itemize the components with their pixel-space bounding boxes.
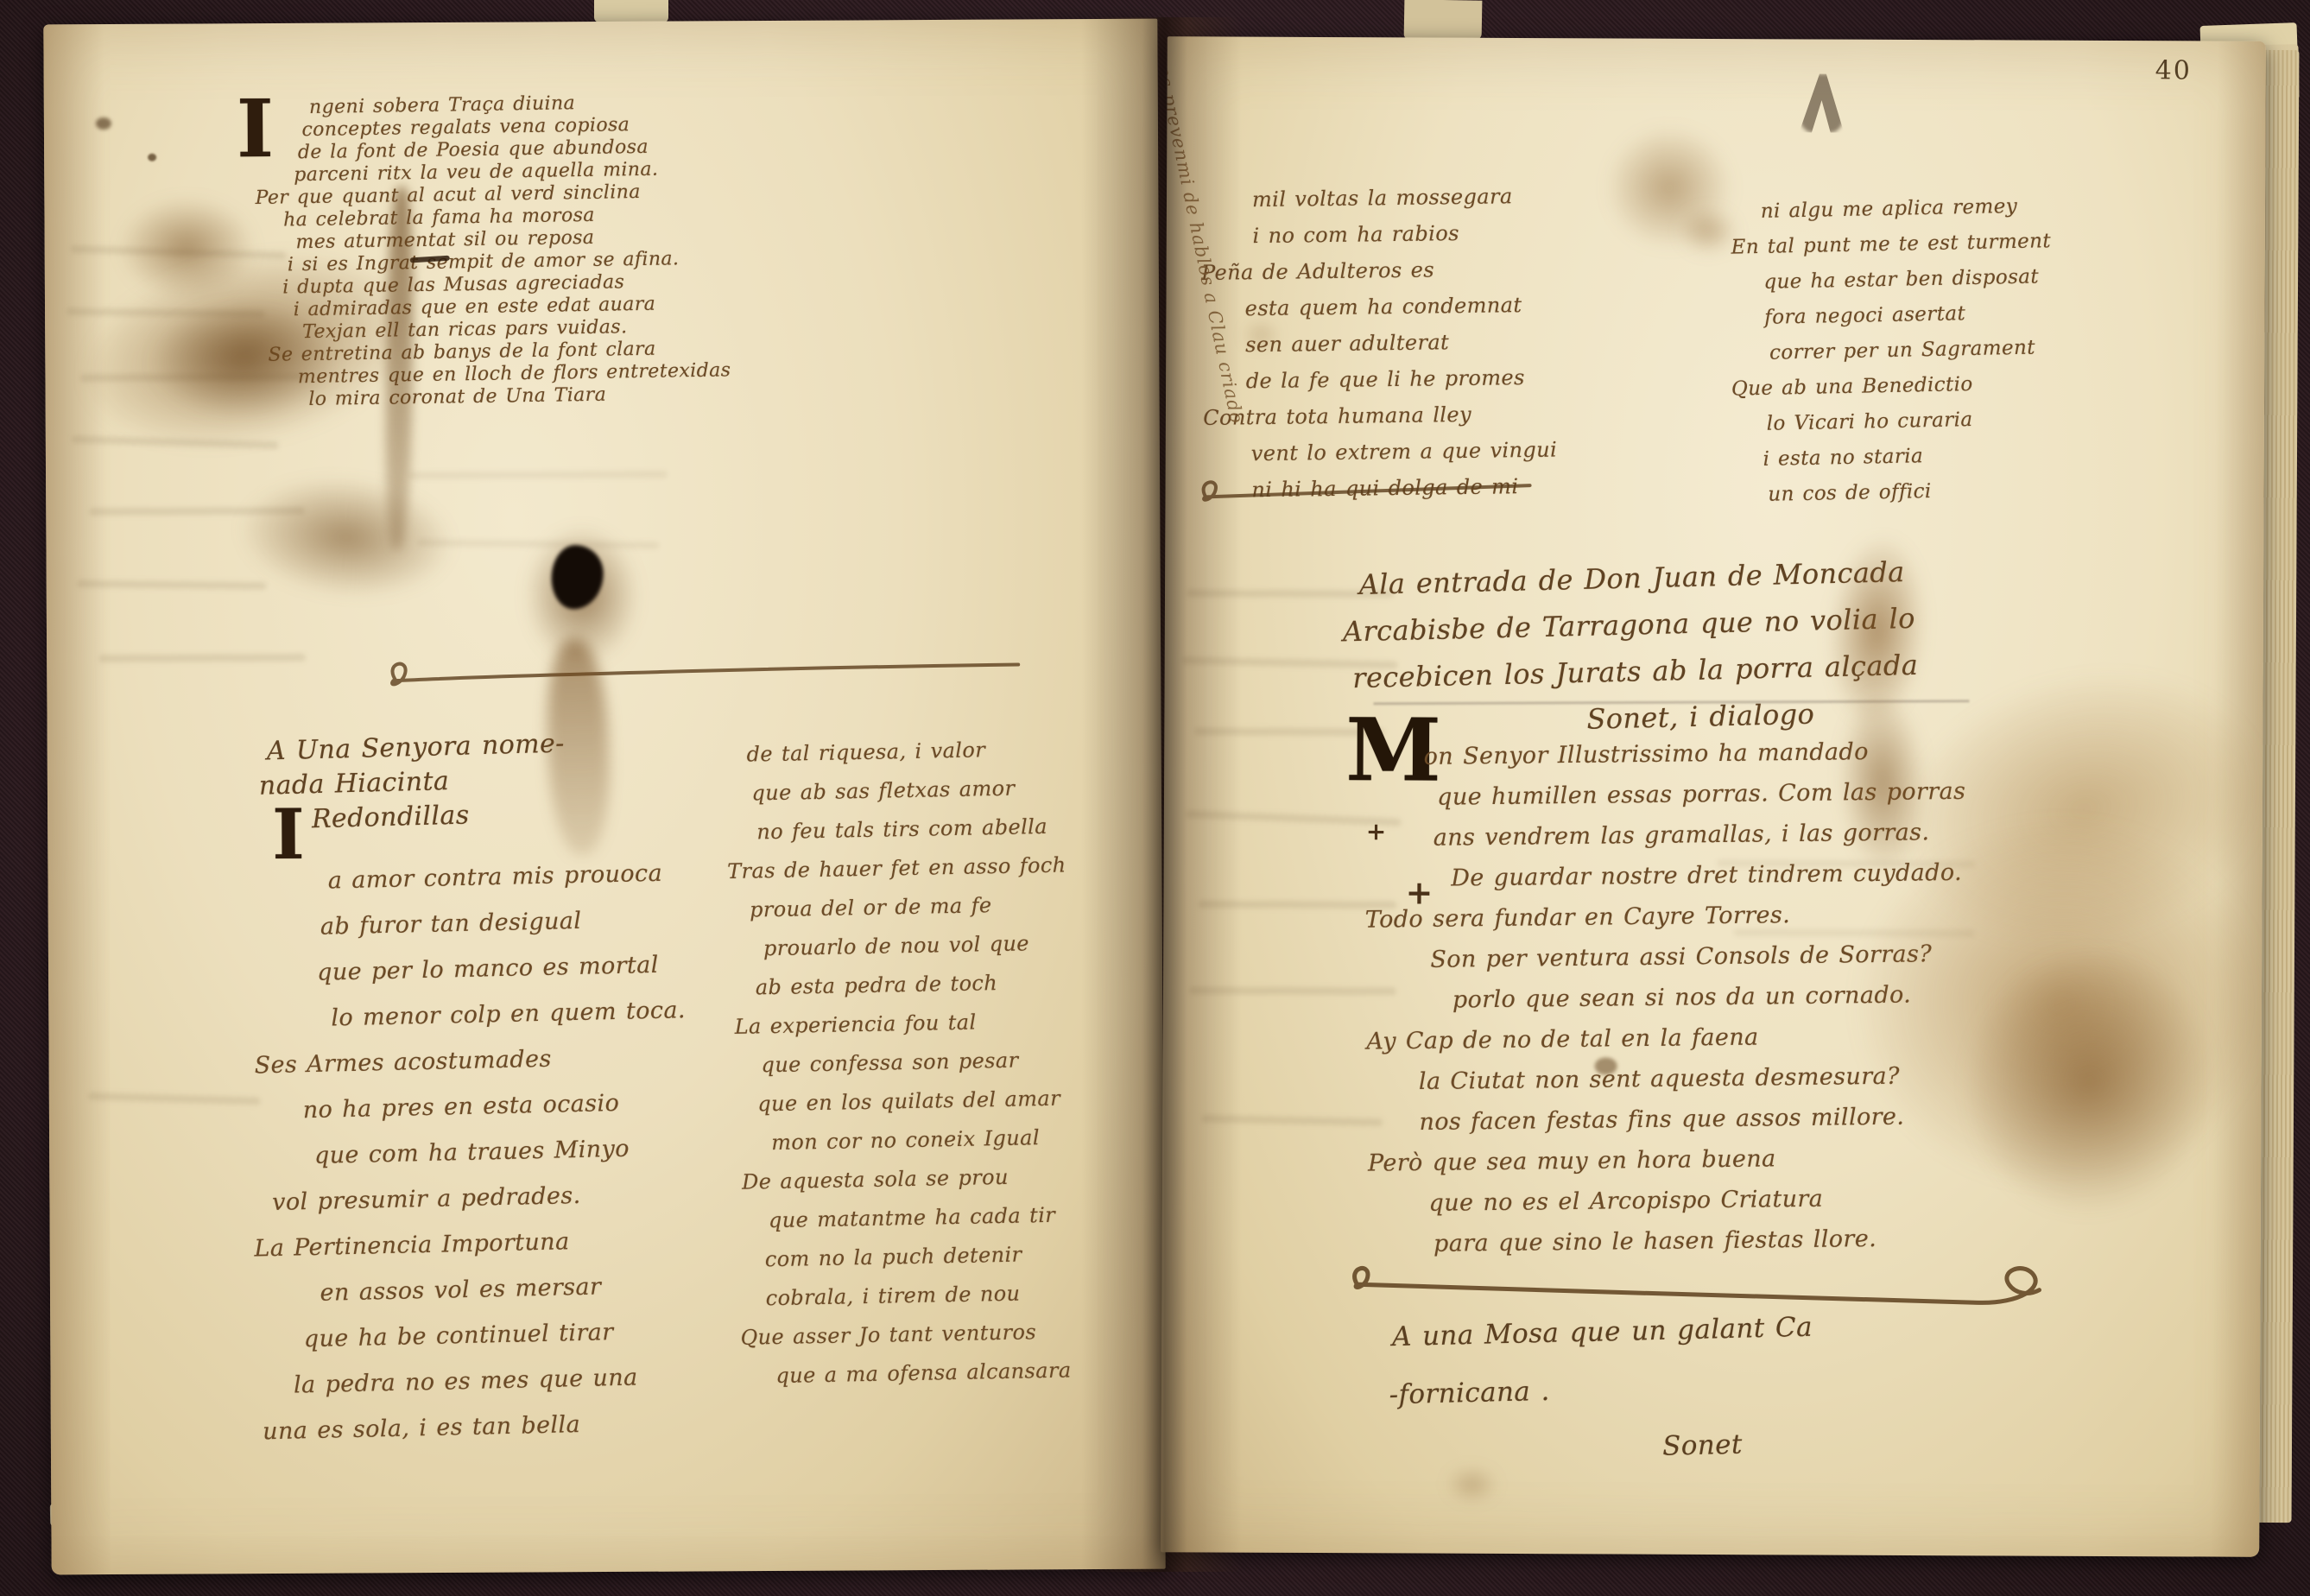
manuscript-line: porlo que sean si nos da un cornado. (1452, 981, 1969, 1028)
manuscript-line: en assos vol es mersar (320, 1271, 693, 1326)
manuscript-line: proua del or de ma fe (750, 891, 1067, 936)
manuscript-line: que humillen essas porras. Com las porra… (1437, 778, 1966, 825)
manuscript-line: de la fe que li he promes (1246, 365, 1557, 406)
manuscript-line: nos facen festas fins que assos millore. (1419, 1103, 1970, 1149)
ink-stain (1604, 124, 1735, 250)
manuscript-line: vent lo extrem a que vingui (1251, 438, 1558, 478)
left-page: I ngeni sobera Traça diuinaconceptes reg… (43, 19, 1165, 1575)
redondillas-column-2: de tal riquesa, i valorque ab sas fletxa… (725, 737, 1076, 1403)
manuscript-line: Tras de hauer fet en asso foch (727, 852, 1066, 898)
manuscript-line: que no es el Arcopispo Criatura (1428, 1184, 1971, 1231)
manuscript-line: ans vendrem las gramallas, i las gorras. (1433, 819, 1967, 865)
manuscript-line: Son per ventura assi Consols de Sorras? (1430, 940, 1968, 987)
manuscript-line: on Senyor Illustrissimo ha mandado (1424, 738, 1966, 784)
manuscript-line: mil voltas la mossegara (1252, 184, 1554, 225)
ink-stain (117, 196, 256, 301)
manuscript-line: de tal riquesa, i valor (746, 737, 1064, 782)
manuscript-line: Peña de Adulteros es (1201, 256, 1555, 297)
flourish-rule-long (1336, 1255, 2070, 1319)
manuscript-line: a amor contra mis prouoca (327, 859, 683, 913)
flourish-rule (351, 652, 1042, 697)
manuscript-line: De guardar nostre dret tindrem cuydado. (1451, 859, 1967, 906)
right-page-edge-shade (2211, 41, 2266, 1557)
page-edge-tab (594, 0, 668, 22)
right-page: 40 mil voltas la mossegarai no com ha ra… (1161, 36, 2266, 1557)
manuscript-line: que a ma ofensa alcansara (775, 1358, 1076, 1403)
illuminated-initial-I: I (272, 805, 305, 864)
folio-number: 40 (2155, 55, 2192, 85)
manuscript-line: que per lo manco es mortal (317, 951, 686, 1005)
heading-a-una-mosa: A una Mosa que un galant Ca-fornicana .S… (1388, 1312, 1817, 1496)
manuscript-line: Ay Cap de no de tal en la faena (1366, 1022, 1969, 1069)
manuscript-line: com no la puch detenir (765, 1241, 1074, 1286)
manuscript-line: fora negoci asertat (1764, 301, 2053, 342)
manuscript-line: no feu tals tirs com abella (756, 814, 1066, 858)
manuscript-line: La experiencia fou tal (734, 1008, 1069, 1053)
manuscript-line: que com ha traues Minyo (314, 1134, 690, 1188)
show-through-capital (1799, 73, 1844, 132)
manuscript-photo: I ngeni sobera Traça diuinaconceptes reg… (0, 0, 2310, 1596)
sonnet-ingeni: ngeni sobera Traça diuinaconceptes regal… (254, 90, 731, 412)
manuscript-line: Contra tota humana lley (1203, 402, 1557, 442)
manuscript-line: prouarlo de nou vol que (763, 930, 1068, 975)
manuscript-line: Todo sera fundar en Cayre Torres. (1365, 900, 1968, 947)
manuscript-line: que confessa son pesar (761, 1047, 1070, 1092)
manuscript-line: Que asser Jo tant venturos (740, 1319, 1075, 1364)
manuscript-line: Redondillas (311, 798, 566, 839)
manuscript-line: la Ciutat non sent aquesta desmesura? (1419, 1062, 1970, 1109)
manuscript-line: ab esta pedra de toch (756, 969, 1069, 1014)
manuscript-line: i no com ha rabios (1252, 220, 1554, 261)
manuscript-line: una es sola, i es tan bella (263, 1409, 696, 1464)
sonnet-mon-senyor: on Senyor Illustrissimo ha mandadoque hu… (1359, 738, 1971, 1272)
left-page-deckle-edge (43, 24, 111, 1574)
manuscript-line: lo menor colp en quem toca. (331, 997, 687, 1050)
manuscript-line: sen auer adulterat (1245, 329, 1556, 370)
large-stain-core (1942, 928, 2237, 1236)
manuscript-line: que ha estar ben disposat (1763, 265, 2052, 307)
manuscript-line: Sonet (1662, 1428, 1816, 1489)
redondillas-column-1: a amor contra mis prouocaab furor tan de… (245, 859, 695, 1464)
manuscript-line: De aquesta sola se prou (742, 1163, 1073, 1208)
manuscript-line: A una Mosa que un galant Ca (1392, 1312, 1813, 1379)
manuscript-line: ab furor tan desigual (320, 905, 685, 959)
manuscript-line: que en los quilats del amar (757, 1086, 1071, 1130)
manuscript-line: -fornicana . (1389, 1370, 1814, 1438)
manuscript-line: lo Vicari ho curaria (1766, 407, 2054, 448)
manuscript-line: un cos de offici (1768, 478, 2056, 519)
manuscript-line: cobrala, i tirem de nou (765, 1280, 1074, 1325)
manuscript-line: esta quem ha condemnat (1244, 293, 1555, 333)
ink-stain (235, 469, 457, 606)
page-edge-tab (1404, 0, 1483, 41)
manuscript-line: que matantme ha cada tir (769, 1202, 1073, 1247)
small-spot (148, 154, 156, 161)
manuscript-line: que ab sas fletxas amor (751, 776, 1065, 820)
verse-column-2: ni algu me aplica remeyEn tal punt me te… (1726, 194, 2057, 519)
manuscript-line: ni algu me aplica remey (1761, 194, 2051, 236)
manuscript-line: mon cor no coneix Igual (771, 1124, 1072, 1169)
manuscript-line: Però que sea muy en hora buena (1368, 1143, 1971, 1191)
manuscript-line: i esta no staria (1763, 442, 2055, 484)
manuscript-line: correr per un Sagrament (1769, 336, 2054, 377)
ink-blot (551, 545, 603, 609)
flourish-rule (1177, 472, 1548, 512)
